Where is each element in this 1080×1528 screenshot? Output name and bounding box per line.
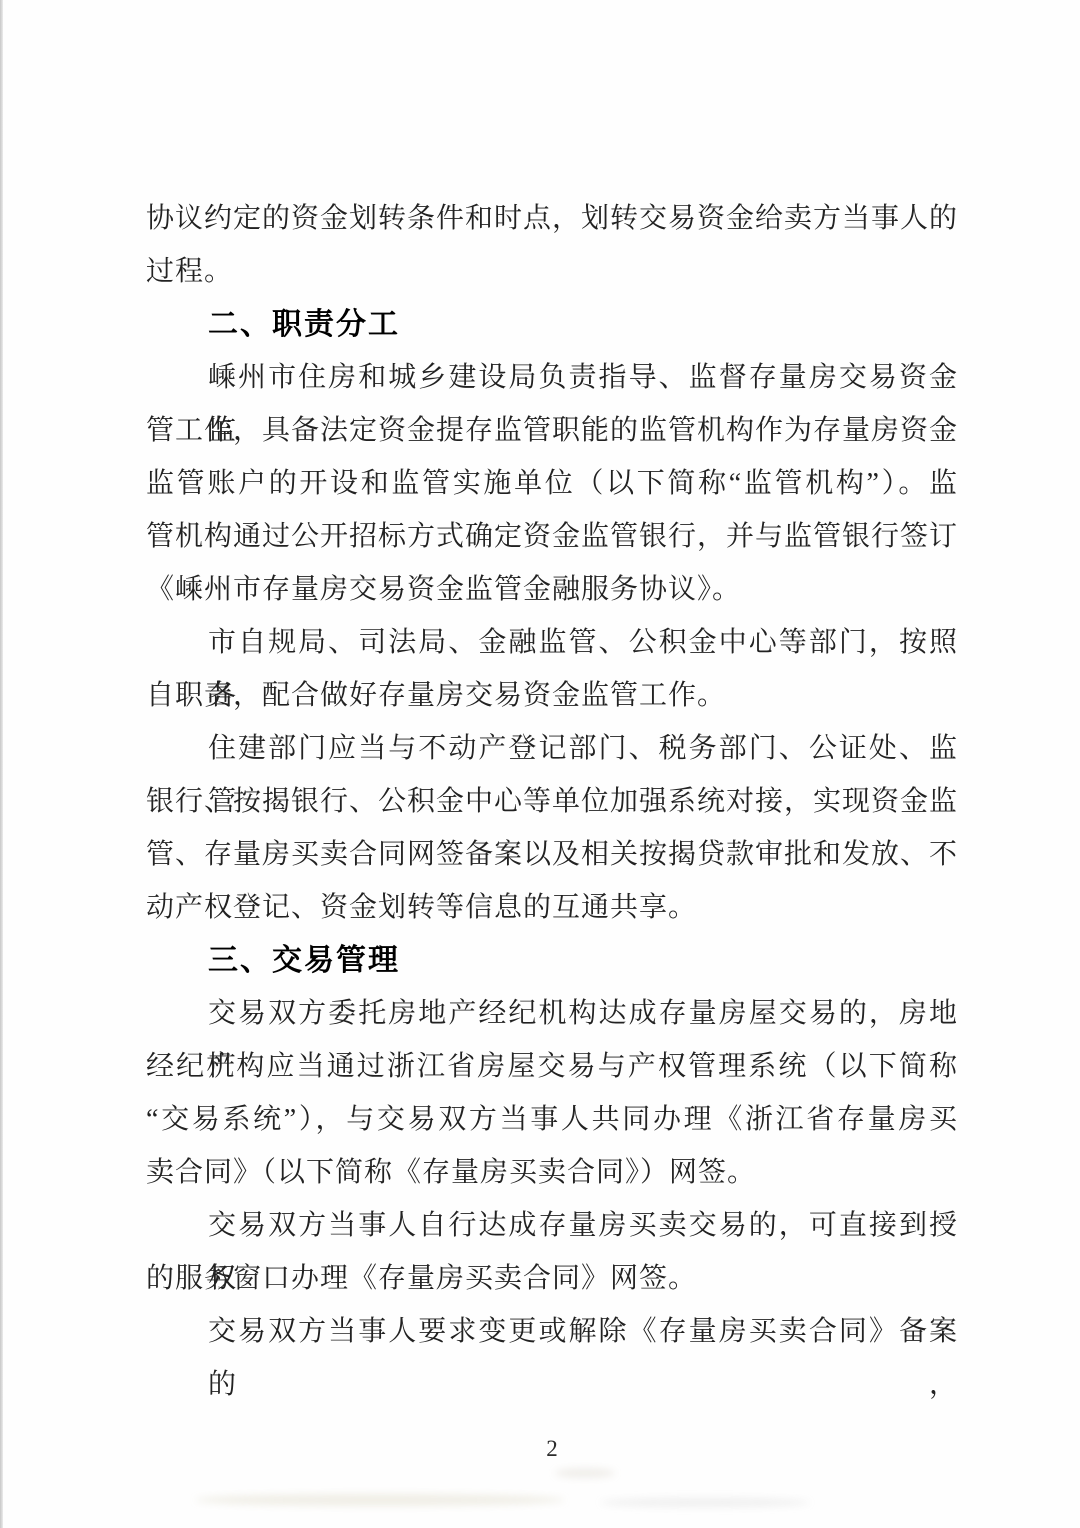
text-line: 银行、按揭银行、公积金中心等单位加强系统对接，实现资金监 — [146, 775, 958, 828]
text-line: 交易双方当事人要求变更或解除《存量房买卖合同》备案的， — [146, 1305, 958, 1358]
text-line: 的服务窗口办理《存量房买卖合同》网签。 — [146, 1252, 958, 1305]
text-line: 协议约定的资金划转条件和时点，划转交易资金给卖方当事人的 — [146, 192, 958, 245]
text-line: 交易双方委托房地产经纪机构达成存量房屋交易的，房地产 — [146, 987, 958, 1040]
text-line: 自职责，配合做好存量房交易资金监管工作。 — [146, 669, 958, 722]
document-body: 协议约定的资金划转条件和时点，划转交易资金给卖方当事人的 过程。 二、职责分工 … — [146, 192, 958, 1358]
document-page: 协议约定的资金划转条件和时点，划转交易资金给卖方当事人的 过程。 二、职责分工 … — [0, 0, 1080, 1528]
scan-edge-line — [0, 0, 3, 1528]
text-line: 管、存量房买卖合同网签备案以及相关按揭贷款审批和发放、不 — [146, 828, 958, 881]
text-line: 卖合同》（以下简称《存量房买卖合同》）网签。 — [146, 1146, 958, 1199]
section-heading-duties: 二、职责分工 — [146, 298, 958, 351]
scan-smudge — [195, 1494, 565, 1506]
text-line: 动产权登记、资金划转等信息的互通共享。 — [146, 881, 958, 934]
text-line: 过程。 — [146, 245, 958, 298]
text-line: 经纪机构应当通过浙江省房屋交易与产权管理系统（以下简称 — [146, 1040, 958, 1093]
section-heading-transactions: 三、交易管理 — [146, 934, 958, 987]
page-number: 2 — [146, 1436, 958, 1462]
scan-smudge — [600, 1498, 810, 1507]
scan-smudge — [555, 1468, 615, 1478]
text-line: 监管账户的开设和监管实施单位（以下简称“监管机构”）。监 — [146, 457, 958, 510]
text-line: 住建部门应当与不动产登记部门、税务部门、公证处、监管 — [146, 722, 958, 775]
text-line: 交易双方当事人自行达成存量房买卖交易的，可直接到授权 — [146, 1199, 958, 1252]
text-line: “交易系统”），与交易双方当事人共同办理《浙江省存量房买 — [146, 1093, 958, 1146]
text-line: 嵊州市住房和城乡建设局负责指导、监督存量房交易资金监 — [146, 351, 958, 404]
text-line: 管机构通过公开招标方式确定资金监管银行，并与监管银行签订 — [146, 510, 958, 563]
text-line: 《嵊州市存量房交易资金监管金融服务协议》。 — [146, 563, 958, 616]
text-line: 市自规局、司法局、金融监管、公积金中心等部门，按照各 — [146, 616, 958, 669]
text-line: 管工作，具备法定资金提存监管职能的监管机构作为存量房资金 — [146, 404, 958, 457]
